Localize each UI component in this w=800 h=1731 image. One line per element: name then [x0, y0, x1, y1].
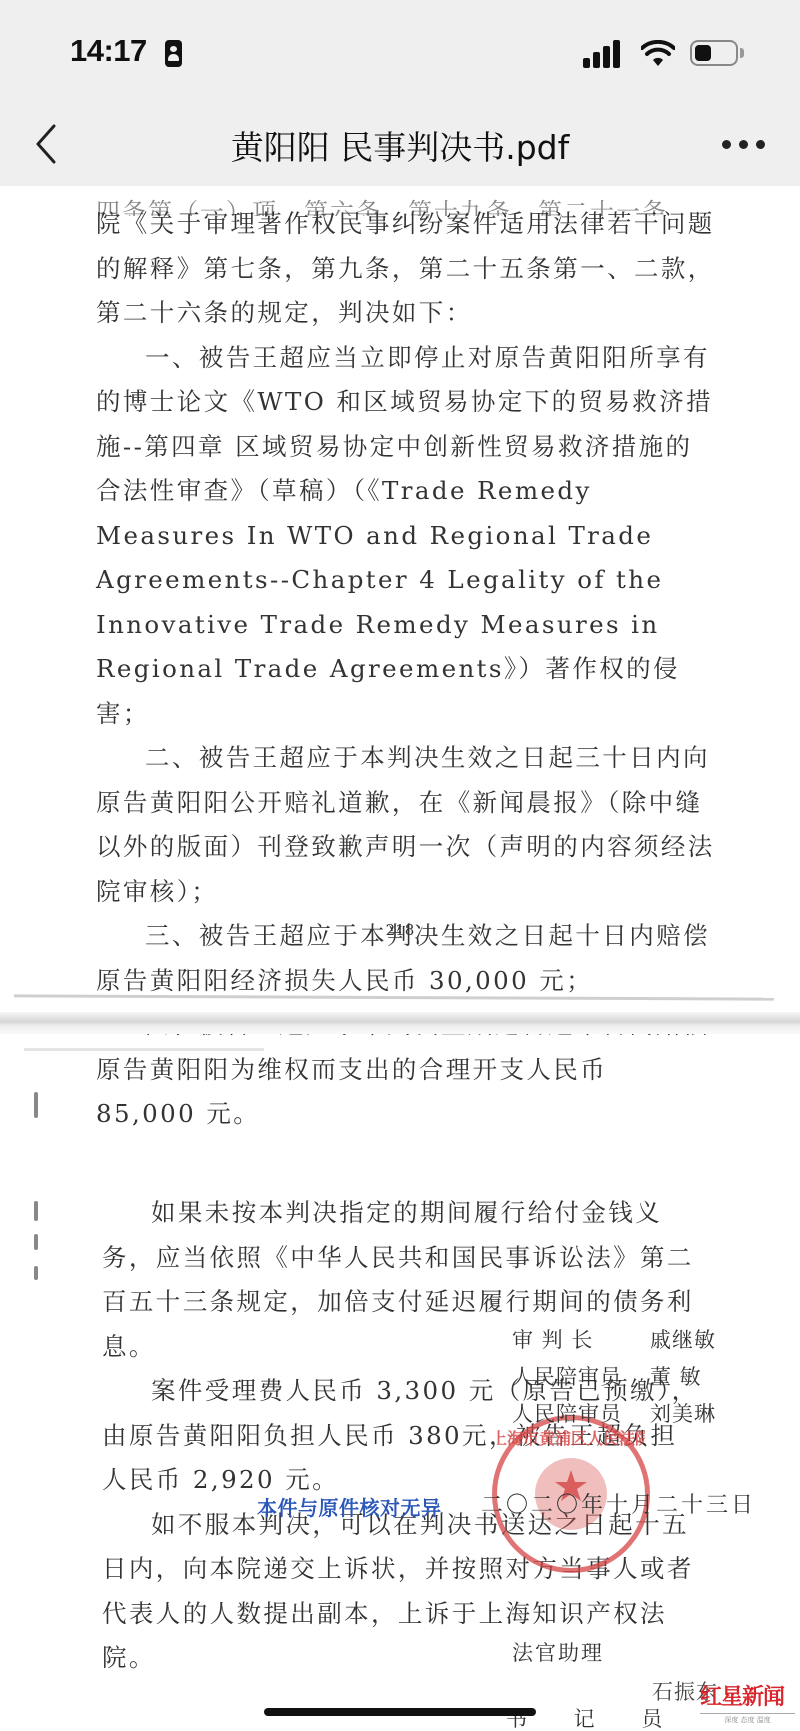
battery-icon	[690, 40, 738, 66]
signature-role: 人民陪审员	[512, 1359, 650, 1396]
signature-row: 人民陪审员 董 敏	[512, 1359, 716, 1396]
watermark-logo: 红星新闻 深度 态度 温度	[700, 1680, 795, 1728]
signature-name: 董 敏	[650, 1359, 702, 1396]
judgment-date: 二〇二〇年十月二十三日	[481, 1488, 756, 1519]
wifi-icon	[641, 40, 675, 68]
verification-stamp: 本件与原件核对无异	[257, 1492, 442, 1521]
binding-mark	[34, 1234, 38, 1250]
signature-role: 审 判 长	[512, 1322, 650, 1359]
home-indicator[interactable]	[264, 1708, 536, 1716]
signature-row: 人民陪审员 刘美琳	[512, 1396, 716, 1433]
signature-name: 刘美琳	[650, 1396, 716, 1433]
pdf-page-218: 四条第（一）项，第六条，第十九条，第二十一条，最高人民法 院《关于审理著作权民事…	[8, 186, 792, 1036]
binding-mark	[34, 1266, 38, 1280]
focus-mode-icon	[165, 40, 182, 67]
document-title: 黄阳阳 民事判决书.pdf	[0, 122, 800, 169]
status-time: 14:17	[70, 33, 147, 69]
pdf-viewer[interactable]: 四条第（一）项，第六条，第十九条，第二十一条，最高人民法 院《关于审理著作权民事…	[0, 186, 800, 1731]
more-options-button[interactable]	[718, 134, 770, 154]
signature-block: 审 判 长 戚继敏 人民陪审员 董 敏 人民陪审员 刘美琳	[512, 1322, 716, 1433]
battery-cap	[740, 48, 744, 58]
signature-name: 戚继敏	[650, 1322, 716, 1359]
paragraph: 院《关于审理著作权民事纠纷案件适用法律若干问题的解释》第七条，第九条，第二十五条…	[96, 202, 716, 336]
paragraph-judgment-2: 二、被告王超应于本判决生效之日起三十日内向原告黄阳阳公开赔礼道歉，在《新闻晨报》…	[96, 736, 716, 914]
signature-row: 审 判 长 戚继敏	[512, 1322, 716, 1359]
nav-bar: 黄阳阳 民事判决书.pdf	[0, 100, 800, 186]
clerk-label: 法官助理	[512, 1637, 604, 1667]
scan-edge-line	[24, 1048, 264, 1051]
status-bar: 14:17	[0, 0, 800, 100]
signature-role: 人民陪审员	[512, 1396, 650, 1433]
cellular-signal-icon	[583, 40, 625, 68]
watermark-tagline: 深度 态度 温度	[700, 1713, 795, 1725]
binding-mark	[34, 1092, 38, 1118]
binding-mark	[34, 1201, 38, 1221]
page-number: 218	[8, 921, 792, 939]
page-separator	[0, 1012, 800, 1034]
paragraph-judgment-1: 一、被告王超应当立即停止对原告黄阳阳所享有的博士论文《WTO 和区域贸易协定下的…	[96, 336, 716, 737]
watermark-brand: 红星新闻	[700, 1680, 795, 1711]
